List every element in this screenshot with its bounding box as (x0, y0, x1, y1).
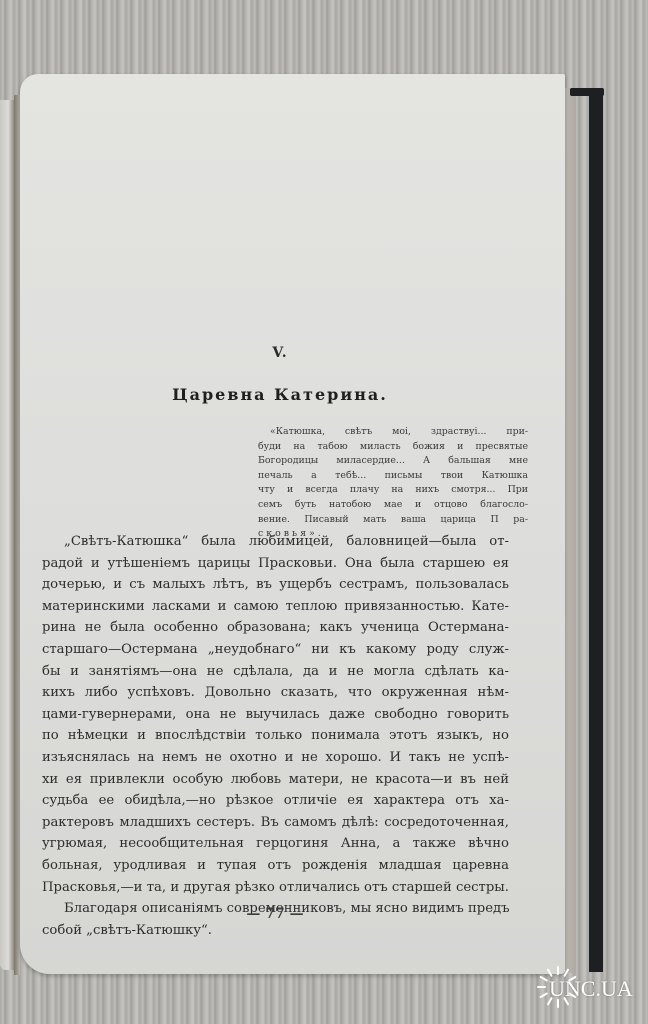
body-line: кихъ либо успѣховъ. Довольно сказать, чт… (42, 682, 509, 704)
body-line: „Свѣтъ-Катюшка“ была любимицей, баловниц… (42, 531, 509, 553)
body-line: Прасковья,—и та, и другая рѣзко отличали… (42, 877, 509, 899)
page-number: — 77 — (200, 906, 350, 922)
body-line: цами-гувернерами, она не выучилась даже … (42, 704, 509, 726)
epigraph-line: вение. Писавый мать ваша царица П ра- (258, 513, 528, 528)
epigraph-line: семъ буть натобою мае и отцово благосло- (258, 498, 528, 513)
body-line: изъяснялась на немъ не охотно и не хорош… (42, 747, 509, 769)
epigraph: «Катюшка, свѣтъ мoi, здраствуi... при- б… (258, 425, 528, 542)
body-line: угрюмая, несообщительная герцогиня Анна,… (42, 833, 509, 855)
body-line: больная, уродливая и тупая отъ рожденія … (42, 855, 509, 877)
body-line: рактеровъ младшихъ сестеръ. Въ самомъ дѣ… (42, 812, 509, 834)
epigraph-line: Богородицы миласердие... А бальшая мне (258, 454, 528, 469)
chapter-title: Царевна Катерина. (150, 385, 410, 404)
body-line: материнскими ласками и самою теплою прив… (42, 596, 509, 618)
epigraph-line: буди на табою милaсть божия и пресвятые (258, 440, 528, 455)
epigraph-line: «Катюшка, свѣтъ мoi, здраствуi... при- (258, 425, 528, 440)
body-paragraph: „Свѣтъ-Катюшка“ была любимицей, баловниц… (42, 531, 509, 941)
body-line: бы и занятіямъ—она не сдѣлала, да и не м… (42, 661, 509, 683)
body-line: хи ея привлекли особую любовь матери, не… (42, 769, 509, 791)
left-page-edge (0, 100, 14, 970)
book-spine (589, 92, 603, 972)
body-line: собой „свѣтъ-Катюшку“. (42, 920, 509, 942)
body-line: радой и утѣшеніемъ царицы Прасковьи. Она… (42, 553, 509, 575)
body-line: старшаго—Остермана „неудобнаго“ ни къ ка… (42, 639, 509, 661)
body-line: дочерью, и съ малыхъ лѣтъ, въ ущербъ сес… (42, 574, 509, 596)
watermark-text: UNC.UA (549, 976, 633, 1002)
epigraph-line: чту и всегда плачу на нихъ смотря... При (258, 483, 528, 498)
watermark: UNC.UA (535, 962, 645, 1012)
chapter-number: V. (250, 345, 310, 361)
body-line: судьба ее обидѣла,—но рѣзкое отличіе ея … (42, 790, 509, 812)
body-line: по нѣмецки и впослѣдствіи только понимал… (42, 725, 509, 747)
epigraph-line: печаль а тебѣ... письмы твои Катюшка (258, 469, 528, 484)
body-line: рина не была особенно образована; какъ у… (42, 617, 509, 639)
